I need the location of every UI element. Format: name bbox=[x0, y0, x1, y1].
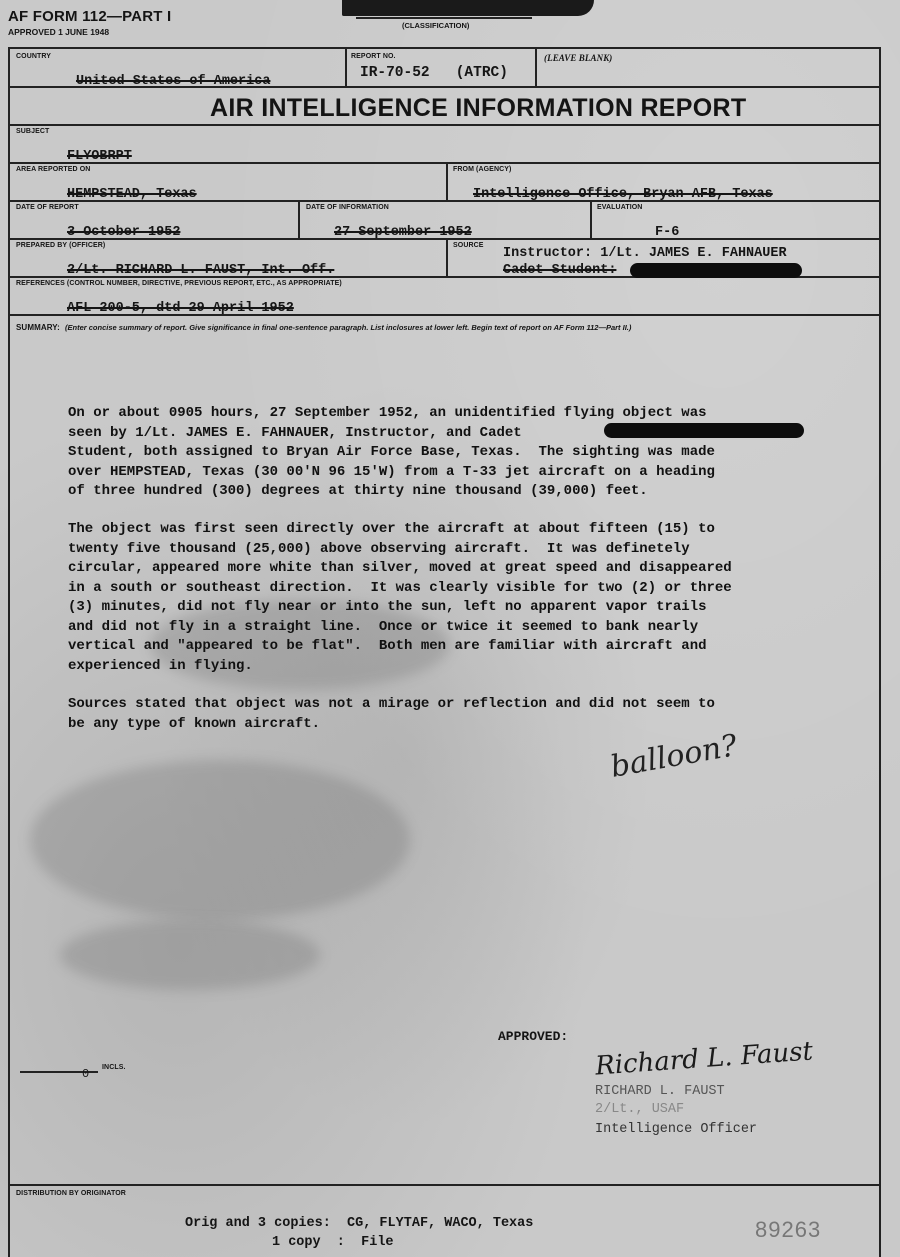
prepared-by-value: 2/Lt. RICHARD L. FAUST, Int. Off. bbox=[67, 263, 334, 278]
distribution-line-1: Orig and 3 copies: CG, FLYTAF, WACO, Tex… bbox=[185, 1216, 533, 1231]
divider bbox=[535, 49, 537, 86]
divider bbox=[345, 49, 347, 86]
approver-title: Intelligence Officer bbox=[595, 1122, 757, 1137]
divider bbox=[446, 162, 448, 200]
from-value: Intelligence Office, Bryan AFB, Texas bbox=[473, 187, 773, 202]
subject-label: SUBJECT bbox=[16, 128, 49, 135]
document-stamp-number: 89263 bbox=[755, 1217, 821, 1243]
divider bbox=[298, 200, 300, 238]
evaluation-label: EVALUATION bbox=[597, 204, 642, 211]
report-paragraph-1: On or about 0905 hours, 27 September 195… bbox=[68, 404, 838, 502]
summary-label: SUMMARY: bbox=[16, 323, 60, 332]
classification-label: (CLASSIFICATION) bbox=[402, 21, 469, 30]
date-of-information-label: DATE OF INFORMATION bbox=[306, 204, 389, 211]
summary-hint: (Enter concise summary of report. Give s… bbox=[65, 323, 631, 332]
country-value: United States of America bbox=[76, 74, 270, 89]
divider bbox=[590, 200, 592, 238]
distribution-label: DISTRIBUTION BY ORIGINATOR bbox=[16, 1190, 126, 1197]
country-label: COUNTRY bbox=[16, 53, 51, 60]
date-of-report-label: DATE OF REPORT bbox=[16, 204, 79, 211]
subject-value: FLYOBRPT bbox=[67, 149, 132, 164]
approved-label: APPROVED: bbox=[498, 1029, 568, 1044]
report-form: COUNTRY United States of America REPORT … bbox=[8, 47, 881, 1257]
source-cadet: Cadet Student: bbox=[503, 263, 616, 278]
distribution-line-2: 1 copy : File bbox=[272, 1235, 394, 1250]
cadet-name-redaction bbox=[604, 423, 804, 438]
approver-name: RICHARD L. FAUST bbox=[595, 1084, 725, 1099]
inclosures-count: 0 bbox=[82, 1067, 89, 1081]
divider bbox=[446, 238, 448, 276]
area-label: AREA REPORTED ON bbox=[16, 166, 90, 173]
from-label: FROM (Agency) bbox=[453, 166, 511, 173]
date-of-report-value: 3 October 1952 bbox=[67, 225, 180, 240]
report-no-label: REPORT NO. bbox=[351, 53, 396, 60]
source-label: SOURCE bbox=[453, 242, 484, 249]
report-no-value: IR-70-52 (ATRC) bbox=[360, 65, 508, 81]
report-paragraph-2: The object was first seen directly over … bbox=[68, 520, 838, 676]
source-cadet-redaction bbox=[630, 263, 802, 278]
date-of-information-value: 27 September 1952 bbox=[334, 225, 472, 240]
prepared-by-label: PREPARED BY (Officer) bbox=[16, 242, 105, 249]
form-number: AF FORM 112—PART I bbox=[8, 8, 171, 25]
inclosures-label: INCLS. bbox=[102, 1064, 126, 1071]
page-title: AIR INTELLIGENCE INFORMATION REPORT bbox=[210, 94, 746, 123]
approver-rank: 2/Lt., USAF bbox=[595, 1102, 684, 1117]
evaluation-value: F-6 bbox=[655, 225, 679, 240]
handwritten-note: balloon? bbox=[608, 728, 740, 785]
references-label: REFERENCES (Control number, directive, p… bbox=[16, 280, 342, 287]
references-value: AFL 200-5, dtd 29 April 1952 bbox=[67, 301, 294, 316]
divider bbox=[10, 124, 881, 126]
form-approval-date: APPROVED 1 JUNE 1948 bbox=[8, 27, 109, 37]
classification-redaction bbox=[342, 0, 594, 16]
divider bbox=[10, 1184, 881, 1186]
signature: Richard L. Faust bbox=[594, 1036, 814, 1081]
source-instructor: Instructor: 1/Lt. JAMES E. FAHNAUER bbox=[503, 246, 787, 261]
report-paragraph-3: Sources stated that object was not a mir… bbox=[68, 695, 838, 734]
classification-line bbox=[356, 17, 532, 19]
leave-blank-label: (LEAVE BLANK) bbox=[544, 53, 612, 63]
area-value: HEMPSTEAD, Texas bbox=[67, 187, 197, 202]
